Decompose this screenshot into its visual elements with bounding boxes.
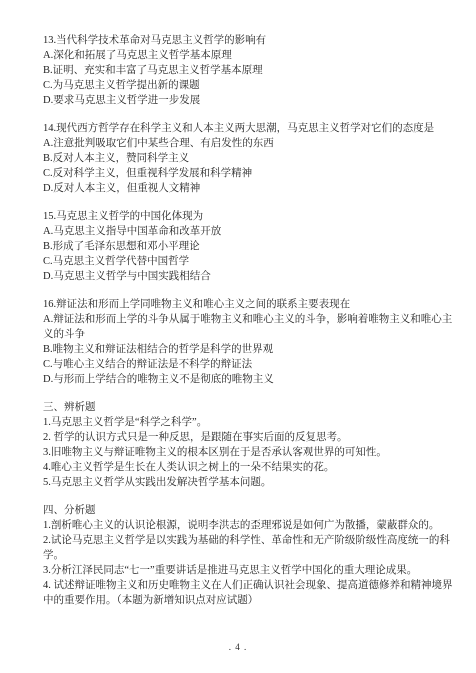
question-13-line-5: D.要求马克思主义哲学进一步发展 — [43, 93, 456, 108]
section-fenxi-line-1: 四、分析题 — [43, 503, 456, 518]
section-fenxi-line-2: 1.剖析唯心主义的认识论根源，说明李洪志的歪理邪说是如何广为散播，蒙蔽群众的。 — [43, 518, 456, 533]
question-15-line-1: 15.马克思主义哲学的中国化体现为 — [43, 209, 456, 224]
question-14-line-4: C.反对科学主义，但重视科学发展和科学精神 — [43, 166, 456, 181]
question-14-line-1: 14.现代西方哲学存在科学主义和人本主义两大思潮，马克思主义哲学对它们的态度是 — [43, 121, 456, 136]
question-15-line-3: B.形成了毛泽东思想和邓小平理论 — [43, 239, 456, 254]
section-fenxi-line-5: 4. 试述辩证唯物主义和历史唯物主义在人们正确认识社会现象、提高道德修养和精神境… — [43, 578, 456, 608]
question-16-line-2: A.辩证法和形而上学的斗争从属于唯物主义和唯心主义的斗争，影响着唯物主义和唯心主… — [43, 312, 456, 342]
question-13-line-4: C.为马克思主义哲学提出新的课题 — [43, 78, 456, 93]
question-14-line-3: B.反对人本主义，赞同科学主义 — [43, 151, 456, 166]
page-footer: . 4 . — [0, 637, 476, 655]
section-fenxi-line-3: 2.试论马克思主义哲学是以实践为基础的科学性、革命性和无产阶级阶级性高度统一的科… — [43, 533, 456, 563]
question-16-block: 16.辩证法和形而上学同唯物主义和唯心主义之间的联系主要表现在A.辩证法和形而上… — [43, 297, 456, 387]
section-bianxi-line-6: 5.马克思主义哲学从实践出发解决哲学基本问题。 — [43, 475, 456, 490]
question-15-line-5: D.马克思主义哲学与中国实践相结合 — [43, 269, 456, 284]
question-13-line-3: B.证明、充实和丰富了马克思主义哲学基本原理 — [43, 63, 456, 78]
question-13-line-2: A.深化和拓展了马克思主义哲学基本原理 — [43, 48, 456, 63]
question-14-line-2: A.注意批判吸取它们中某些合理、有启发性的东西 — [43, 136, 456, 151]
question-13-line-1: 13.当代科学技术革命对马克思主义哲学的影响有 — [43, 33, 456, 48]
page-number: . 4 . — [229, 642, 248, 652]
question-16-line-4: C.与唯心主义结合的辩证法是不科学的辩证法 — [43, 357, 456, 372]
question-16-line-3: B.唯物主义和辩证法相结合的哲学是科学的世界观 — [43, 342, 456, 357]
section-fenxi-block: 四、分析题1.剖析唯心主义的认识论根源，说明李洪志的歪理邪说是如何广为散播，蒙蔽… — [43, 503, 456, 608]
question-15-line-4: C.马克思主义哲学代替中国哲学 — [43, 254, 456, 269]
document-page: 13.当代科学技术革命对马克思主义哲学的影响有A.深化和拓展了马克思主义哲学基本… — [0, 0, 476, 673]
question-16-line-1: 16.辩证法和形而上学同唯物主义和唯心主义之间的联系主要表现在 — [43, 297, 456, 312]
section-bianxi-line-5: 4.唯心主义哲学是生长在人类认识之树上的一朵不结果实的花。 — [43, 460, 456, 475]
section-bianxi-line-3: 2. 哲学的认识方式只是一种反思，是跟随在事实后面的反复思考。 — [43, 430, 456, 445]
section-bianxi-line-4: 3.旧唯物主义与辩证唯物主义的根本区别在于是否承认客观世界的可知性。 — [43, 445, 456, 460]
question-15-line-2: A.马克思主义指导中国革命和改革开放 — [43, 224, 456, 239]
question-16-line-5: D.与形而上学结合的唯物主义不是彻底的唯物主义 — [43, 372, 456, 387]
document-content: 13.当代科学技术革命对马克思主义哲学的影响有A.深化和拓展了马克思主义哲学基本… — [43, 33, 456, 608]
question-14-block: 14.现代西方哲学存在科学主义和人本主义两大思潮，马克思主义哲学对它们的态度是A… — [43, 121, 456, 196]
section-bianxi-block: 三、辨析题1.马克思主义哲学是“科学之科学”。2. 哲学的认识方式只是一种反思，… — [43, 400, 456, 490]
question-13-block: 13.当代科学技术革命对马克思主义哲学的影响有A.深化和拓展了马克思主义哲学基本… — [43, 33, 456, 108]
section-bianxi-line-1: 三、辨析题 — [43, 400, 456, 415]
section-fenxi-line-4: 3.分析江泽民同志“七一”重要讲话是推进马克思主义哲学中国化的重大理论成果。 — [43, 563, 456, 578]
question-15-block: 15.马克思主义哲学的中国化体现为A.马克思主义指导中国革命和改革开放B.形成了… — [43, 209, 456, 284]
question-14-line-5: D.反对人本主义，但重视人文精神 — [43, 181, 456, 196]
section-bianxi-line-2: 1.马克思主义哲学是“科学之科学”。 — [43, 415, 456, 430]
